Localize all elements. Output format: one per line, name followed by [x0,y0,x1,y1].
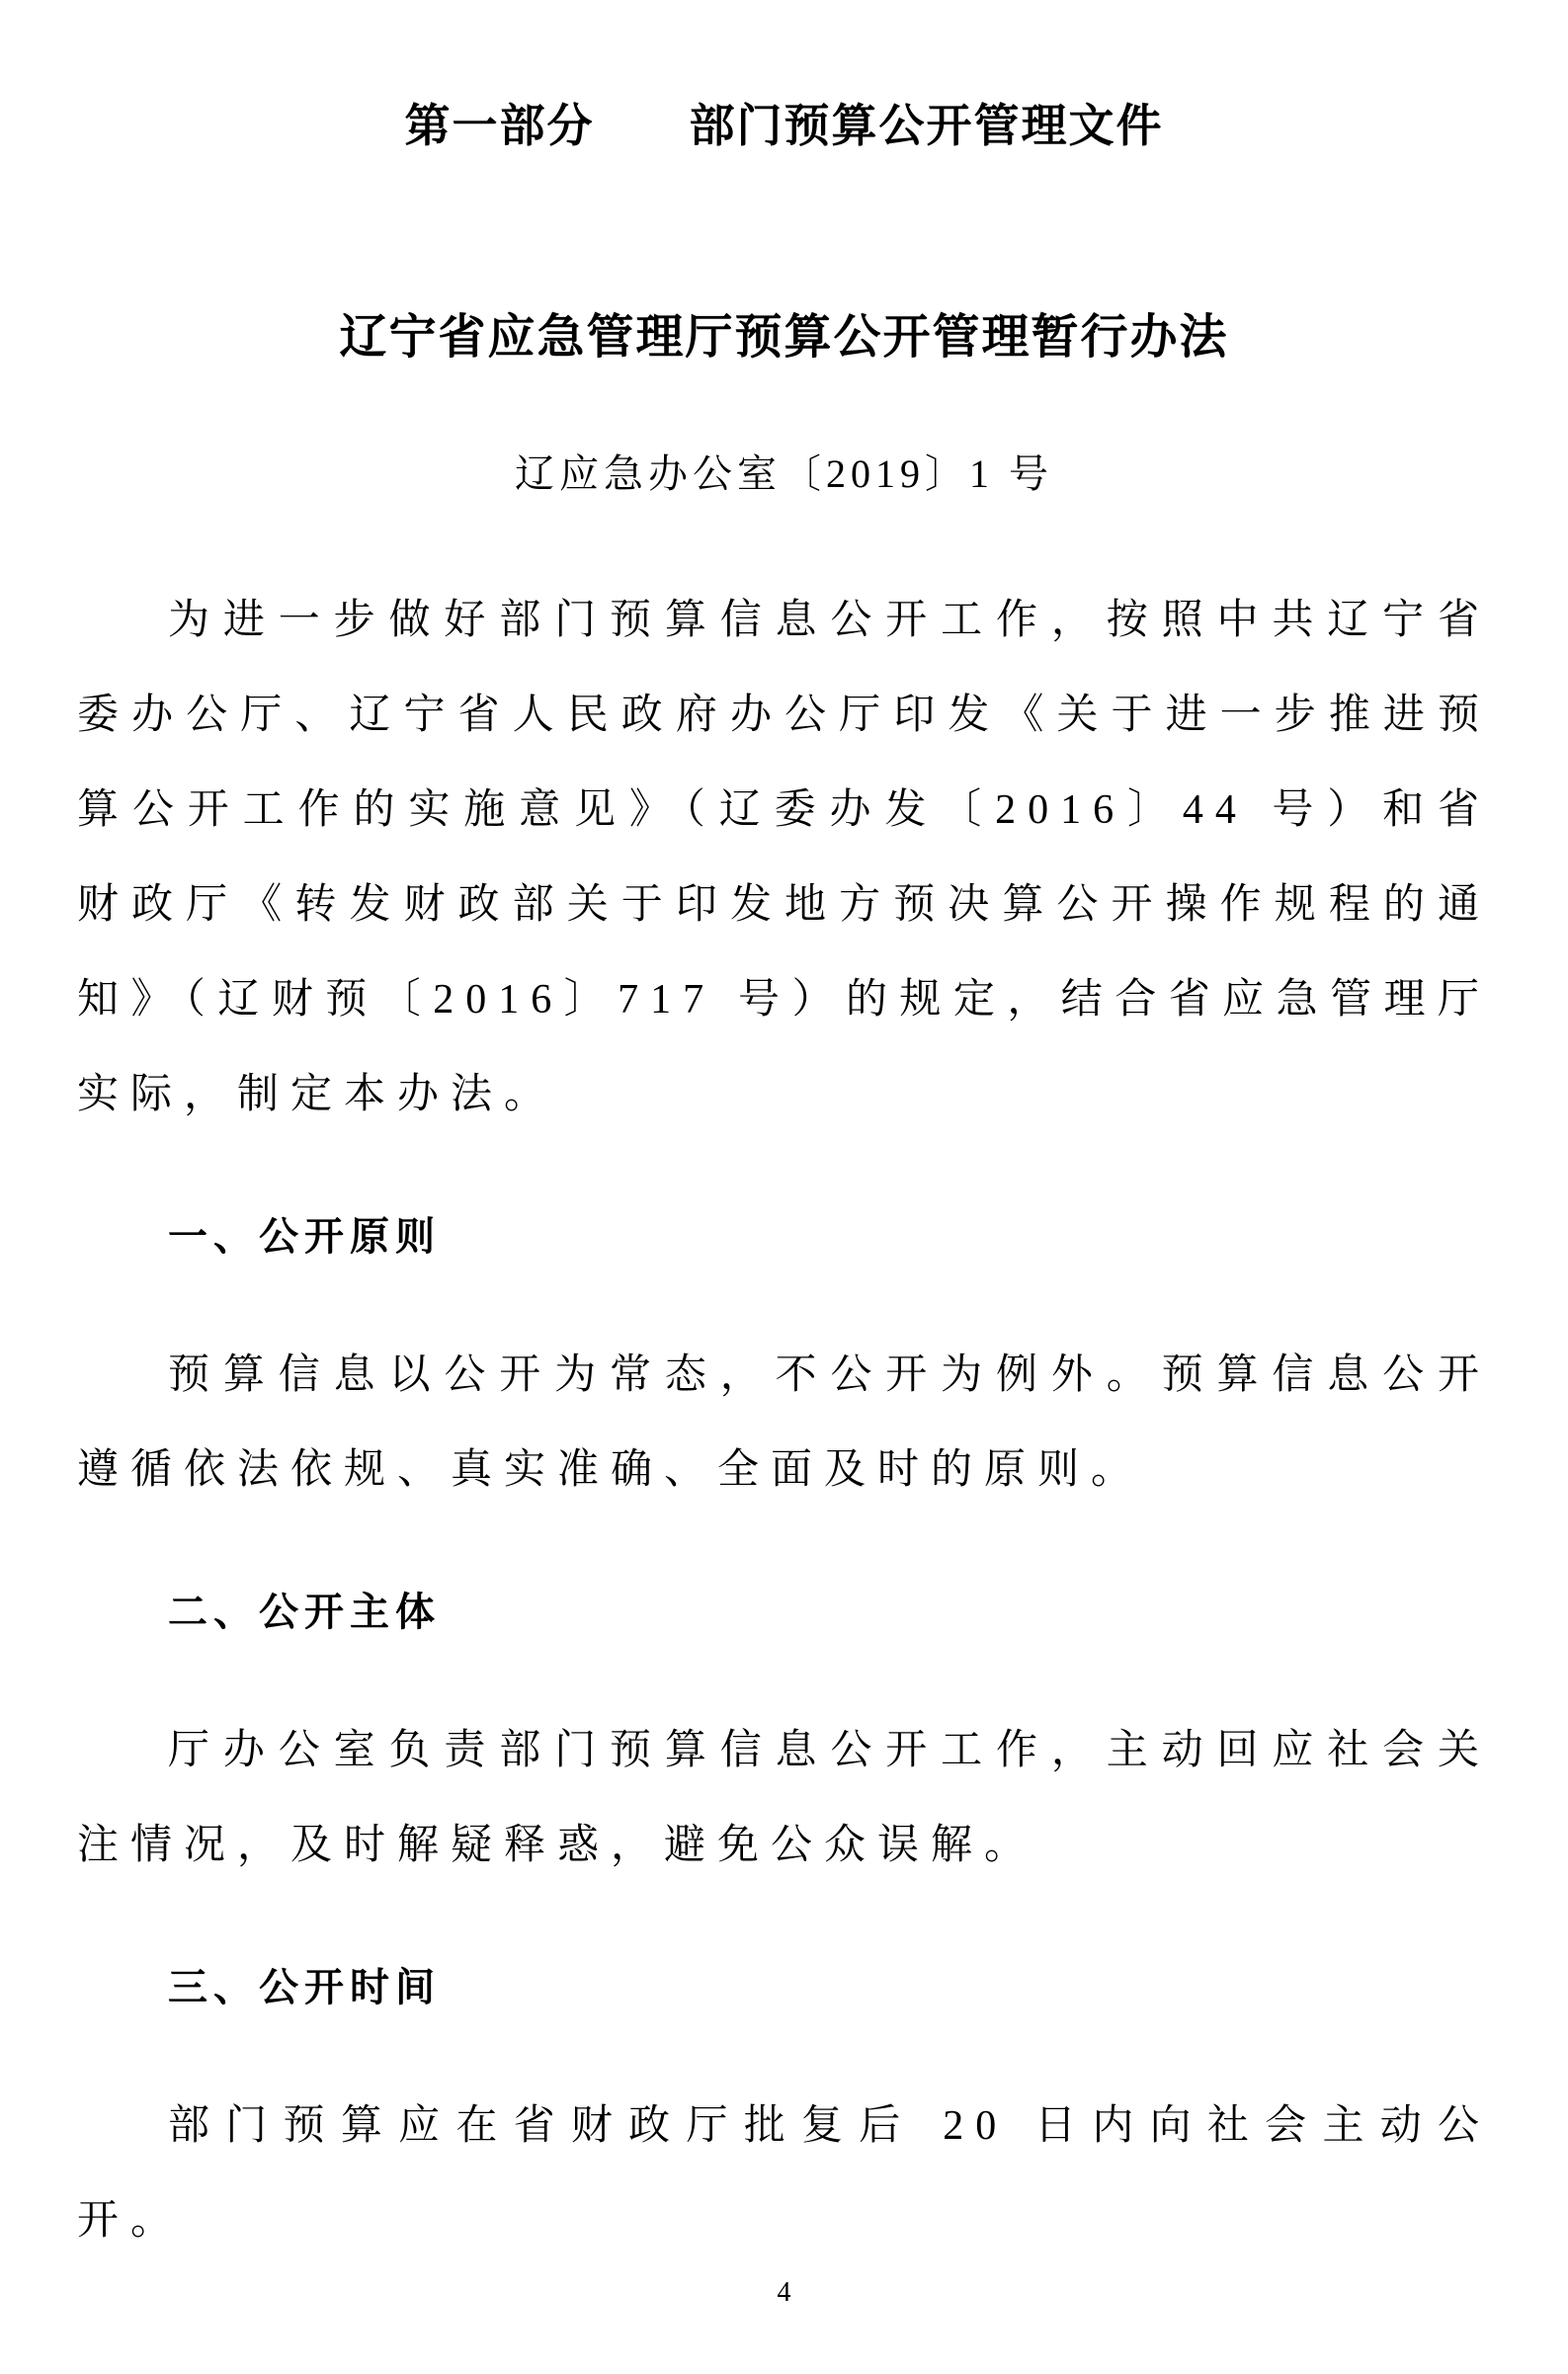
document-number: 辽应急办公室〔2019〕1 号 [77,450,1491,498]
section-heading-time: 三、公开时间 [77,1940,1491,2035]
part-title: 第一部分 部门预算公开管理文件 [77,99,1491,153]
principle-paragraph: 预算信息以公开为常态，不公开为例外。预算信息公开遵循依法依规、真实准确、全面及时… [77,1328,1491,1517]
time-paragraph: 部门预算应在省财政厅批复后 20 日内向社会主动公开。 [77,2079,1491,2268]
subject-paragraph: 厅办公室负责部门预算信息公开工作，主动回应社会关注情况，及时解疑释惑，避免公众误… [77,1703,1491,1893]
intro-paragraph: 为进一步做好部门预算信息公开工作，按照中共辽宁省委办公厅、辽宁省人民政府办公厅印… [77,573,1491,1142]
document-body: 为进一步做好部门预算信息公开工作，按照中共辽宁省委办公厅、辽宁省人民政府办公厅印… [77,573,1491,2268]
section-heading-subject: 二、公开主体 [77,1565,1491,1660]
document-title: 辽宁省应急管理厅预算公开管理暂行办法 [77,309,1491,367]
section-heading-principle: 一、公开原则 [77,1189,1491,1284]
page-number: 4 [0,2277,1568,2309]
document-page: 第一部分 部门预算公开管理文件 辽宁省应急管理厅预算公开管理暂行办法 辽应急办公… [0,0,1568,2374]
